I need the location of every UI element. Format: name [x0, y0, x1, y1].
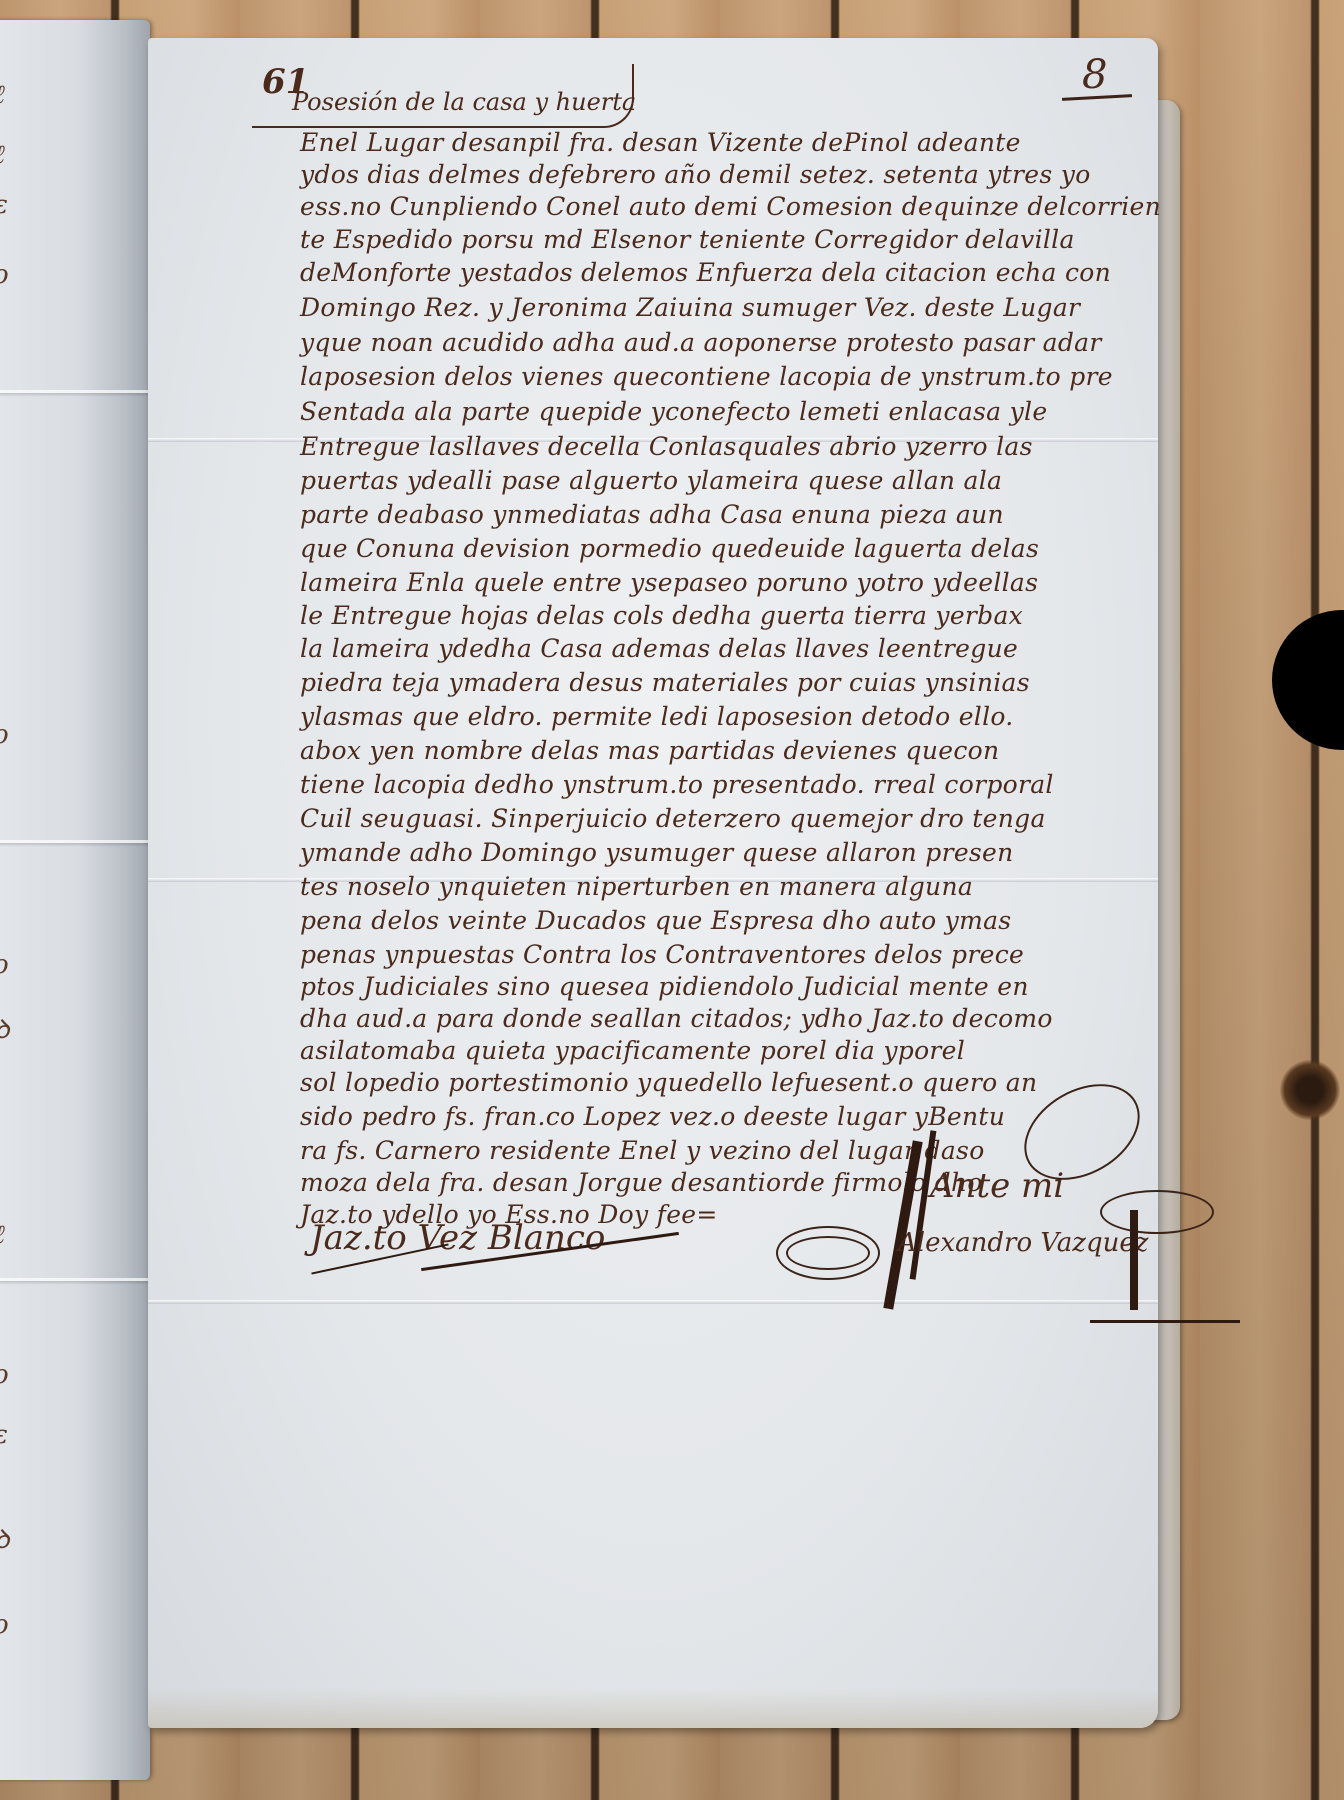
margin-flourish: ɔ	[0, 720, 9, 750]
body-line: ylasmas que eldro. permite ledi laposesi…	[300, 702, 1014, 731]
body-line: laposesion delos vienes quecontiene laco…	[300, 362, 1113, 391]
body-line: yque noan acudido adha aud.a aoponerse p…	[300, 328, 1102, 357]
body-line: Entregue lasllaves decella Conlasquales …	[300, 432, 1033, 461]
body-line: puertas ydealli pase alguerto ylameira q…	[300, 466, 1002, 495]
body-line: tiene lacopia dedho ynstrum.to presentad…	[300, 770, 1054, 799]
page-fold	[0, 390, 150, 393]
notary-flourish	[1090, 1320, 1240, 1323]
body-line: parte deabaso ynmediatas adha Casa enuna…	[300, 500, 1004, 529]
signature-left: Jaz.to Vez Blanco	[310, 1218, 605, 1258]
margin-flourish: ɛ	[0, 1420, 8, 1450]
body-line: la lameira ydedha Casa ademas delas llav…	[300, 634, 1018, 663]
body-line: ra fs. Carnero residente Enel y vezino d…	[300, 1136, 985, 1165]
body-line: pena delos veinte Ducados que Espresa dh…	[300, 906, 1011, 935]
page-crease	[148, 1300, 1158, 1304]
body-line: penas ynpuestas Contra los Contraventore…	[300, 940, 1024, 969]
margin-flourish: ℓ	[0, 80, 5, 110]
body-line: que Conuna devision pormedio quedeuide l…	[300, 534, 1039, 563]
body-line: sido pedro fs. fran.co Lopez vez.o deest…	[300, 1102, 1005, 1131]
body-line: Domingo Rez. y Jeronima Zaiuina sumuger …	[300, 293, 1080, 322]
body-line: ess.no Cunpliendo Conel auto demi Comesi…	[300, 192, 1161, 221]
margin-flourish: ꝺ	[0, 1520, 10, 1556]
notary-loop	[1100, 1190, 1214, 1234]
margin-flourish: ℓ	[0, 140, 5, 170]
body-line: ptos Judiciales sino quesea pidiendolo J…	[300, 972, 1029, 1001]
margin-flourish: ɔ	[0, 950, 9, 980]
margin-flourish: ɔ	[0, 1610, 9, 1640]
body-line: Cuil seuguasi. Sinperjuicio deterzero qu…	[300, 804, 1046, 833]
body-line: abox yen nombre delas mas partidas devie…	[300, 736, 999, 765]
page-bottom-edge	[148, 1688, 1158, 1728]
body-line: dha aud.a para donde seallan citados; yd…	[300, 1004, 1053, 1033]
body-line: moza dela fra. desan Jorgue desantiorde …	[300, 1168, 983, 1197]
margin-flourish: ɔ	[0, 260, 9, 290]
signature-notary-name: Alexandro Vazquez	[898, 1228, 1148, 1258]
margin-flourish: ɔ	[0, 1360, 9, 1390]
body-line: ydos dias delmes defebrero año demil set…	[300, 160, 1091, 189]
body-line: deMonforte yestados delemos Enfuerza del…	[300, 258, 1111, 287]
body-line: Sentada ala parte quepide yconefecto lem…	[300, 397, 1047, 426]
body-line: le Entregue hojas delas cols dedha guert…	[300, 601, 1023, 630]
margin-flourish: ɛ	[0, 190, 8, 220]
notary-flourish	[1130, 1210, 1138, 1310]
body-line: asilatomaba quieta ypacificamente porel …	[300, 1036, 965, 1065]
document-title: Posesión de la casa y huerta	[292, 88, 636, 116]
body-line: te Espedido porsu md Elsenor teniente Co…	[300, 225, 1075, 254]
margin-flourish: ℓ	[0, 1220, 5, 1250]
page-fold	[0, 1278, 150, 1281]
folio-number: 8	[1082, 52, 1107, 98]
margin-flourish: ꝺ	[0, 1010, 10, 1046]
body-line: piedra teja ymadera desus materiales por…	[300, 668, 1030, 697]
body-line: ymande adho Domingo ysumuger quese allar…	[300, 838, 1014, 867]
body-line: lameira Enla quele entre ysepaseo poruno…	[300, 568, 1038, 597]
body-line: sol lopedio portestimonio yquedello lefu…	[300, 1068, 1037, 1097]
body-line: tes noselo ynquieten niperturben en mane…	[300, 872, 973, 901]
body-line: Enel Lugar desanpil fra. desan Vizente d…	[300, 128, 1021, 157]
page-fold	[0, 840, 150, 843]
wood-knot	[1280, 1060, 1340, 1120]
notary-rubric	[786, 1236, 870, 1270]
left-facing-page: ℓ ℓ ɛ ɔ ɔ ɔ ꝺ ℓ ɔ ɛ ꝺ ɔ	[0, 20, 150, 1780]
